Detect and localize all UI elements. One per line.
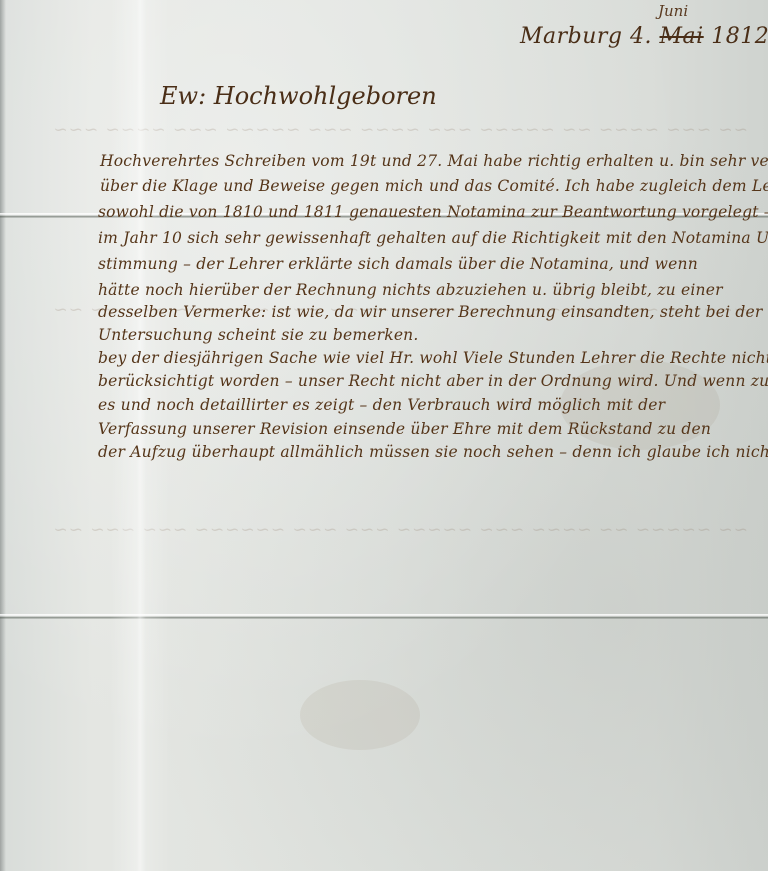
body-line: sowohl die von 1810 und 1811 genauesten …: [98, 203, 768, 221]
body-line: über die Klage und Beweise gegen mich un…: [100, 177, 768, 195]
body-line: es und noch detaillirter es zeigt – den …: [98, 396, 665, 414]
letter-page: ~~ ~~~ ~~~~ ~~ ~~~~~ ~~~ ~~~~ ~~~ ~~~~~ …: [0, 0, 768, 871]
body-line: Verfassung unserer Revision einsende übe…: [98, 420, 711, 438]
body-line: im Jahr 10 sich sehr gewissenhaft gehalt…: [98, 229, 768, 247]
body-line: Hochverehrtes Schreiben vom 19t und 27. …: [100, 152, 768, 170]
body-line: der Aufzug überhaupt allmählich müssen s…: [98, 443, 768, 461]
body-line: stimmung – der Lehrer erklärte sich dama…: [98, 255, 698, 273]
letter-body: Hochverehrtes Schreiben vom 19t und 27. …: [0, 0, 768, 871]
body-line: berücksichtigt worden – unser Recht nich…: [98, 372, 768, 390]
body-line: desselben Vermerke: ist wie, da wir unse…: [98, 303, 763, 321]
body-line: hätte noch hierüber der Rechnung nichts …: [98, 281, 723, 299]
body-line: bey der diesjährigen Sache wie viel Hr. …: [98, 349, 768, 367]
body-line: Untersuchung scheint sie zu bemerken.: [98, 326, 419, 344]
